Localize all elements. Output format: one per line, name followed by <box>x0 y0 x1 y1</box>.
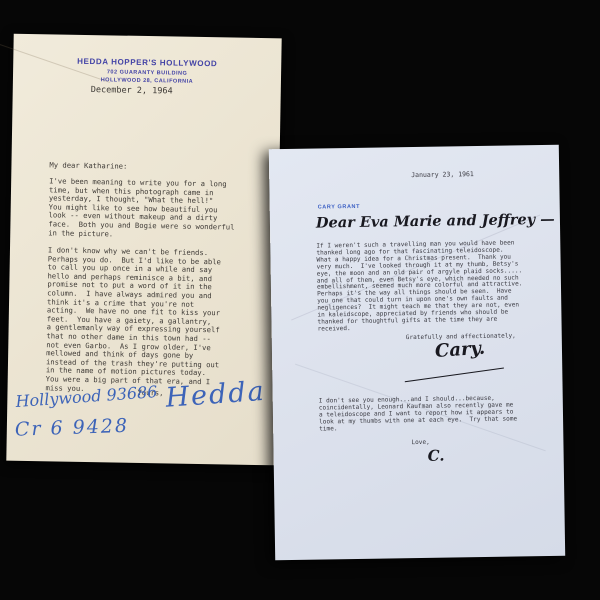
signature-flourish <box>405 368 504 383</box>
handwritten-salutation: Dear Eva Marie and Jeffrey — <box>316 211 555 232</box>
letterhead-name: CARY GRANT <box>318 204 360 211</box>
body-paragraph: I don't see you enough...and I should...… <box>319 395 518 433</box>
hedda-hopper-letter: HEDDA HOPPER'S HOLLYWOOD 702 GUARANTY BU… <box>6 34 281 466</box>
body-paragraph: I've been meaning to write you for a lon… <box>48 177 235 240</box>
cary-grant-letter: January 23, 1961 CARY GRANT Dear Eva Mar… <box>269 145 565 561</box>
closing: Love, <box>411 439 429 446</box>
hedda-signature: Hedda <box>165 376 267 414</box>
cary-signature: Cary. <box>434 338 485 362</box>
handwritten-phone-number: Hollywood 93686 <box>15 382 158 411</box>
letter-date: January 23, 1961 <box>411 170 474 179</box>
letter-date: December 2, 1964 <box>91 85 173 96</box>
body-paragraph: If I weren't such a travelling man you w… <box>316 240 523 333</box>
handwritten-phone-number: Cr 6 9428 <box>15 415 130 441</box>
letterhead: HEDDA HOPPER'S HOLLYWOOD 702 GUARANTY BU… <box>13 56 281 87</box>
letterhead-city: HOLLYWOOD 28, CALIFORNIA <box>13 76 281 87</box>
cary-initial-signature: C. <box>427 447 444 465</box>
photo-background: HEDDA HOPPER'S HOLLYWOOD 702 GUARANTY BU… <box>0 0 600 600</box>
body-paragraph: I don't know why we can't be friends. Pe… <box>45 246 221 395</box>
salutation: My dear Katharine: <box>49 160 127 170</box>
